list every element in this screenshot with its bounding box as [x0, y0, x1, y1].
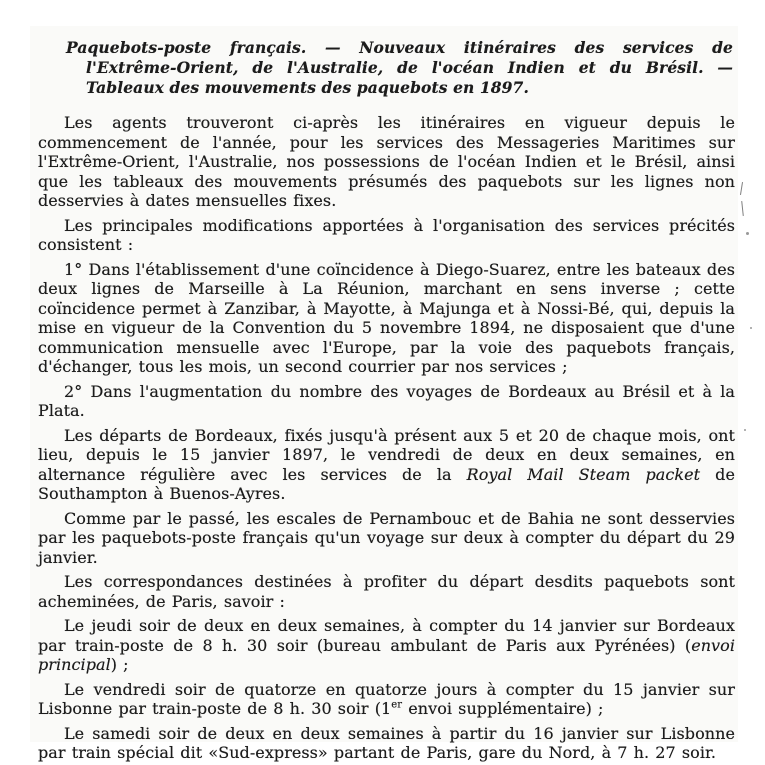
- paragraph-jeudi: Le jeudi soir de deux en deux semaines, …: [38, 616, 735, 675]
- article-heading: Paquebots-poste français. — Nouveaux iti…: [66, 38, 733, 98]
- paragraph-vendredi: Le vendredi soir de quatorze en quatorze…: [38, 680, 735, 719]
- paragraph-correspondances: Les correspondances destinées à profiter…: [38, 572, 735, 611]
- scan-artifact-mark: [740, 182, 743, 195]
- scan-artifact-dot: [746, 232, 749, 235]
- paragraph-item-1: 1° Dans l'établissement d'une coïncidenc…: [38, 260, 735, 377]
- paragraph-samedi: Le samedi soir de deux en deux semaines …: [38, 724, 735, 763]
- scan-artifact-mark: [741, 201, 744, 216]
- ordinal-superscript: er: [391, 700, 402, 711]
- text-run: ) ;: [111, 655, 129, 674]
- scan-artifact-dot: [744, 429, 746, 431]
- paragraph-escales: Comme par le passé, les escales de Perna…: [38, 509, 735, 568]
- page-scan-area: Paquebots-poste français. — Nouveaux iti…: [30, 26, 738, 742]
- paragraph-item-2: 2° Dans l'augmentation du nombre des voy…: [38, 382, 735, 421]
- paragraph-departs-bordeaux: Les départs de Bordeaux, fixés jusqu'à p…: [38, 426, 735, 504]
- text-run: Le jeudi soir de deux en deux semaines, …: [38, 616, 735, 655]
- paragraph-intro: Les agents trouveront ci-après les itiné…: [38, 113, 735, 211]
- text-run: Le vendredi soir de quatorze en quatorze…: [38, 680, 735, 719]
- scanned-document: Paquebots-poste français. — Nouveaux iti…: [0, 0, 765, 765]
- text-run: envoi supplémentaire) ;: [402, 699, 603, 718]
- paragraph-modifications-lead: Les principales modifications apportées …: [38, 216, 735, 255]
- scan-artifact-dot: [750, 327, 752, 329]
- text-run-italic: Royal Mail Steam packet: [467, 465, 701, 484]
